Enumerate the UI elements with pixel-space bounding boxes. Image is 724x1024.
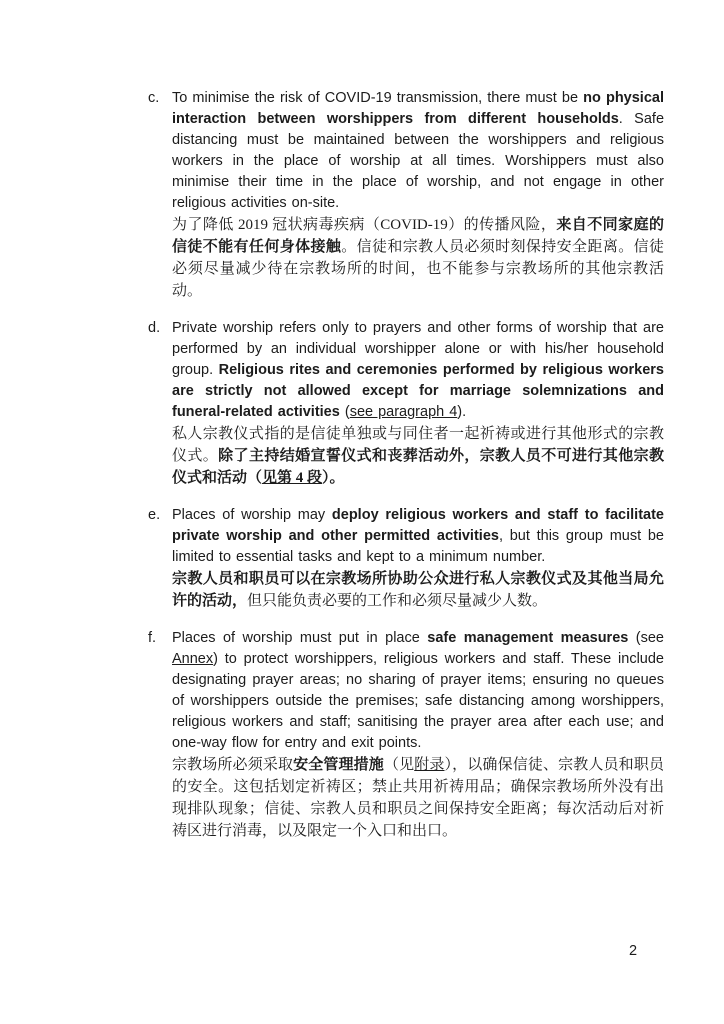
list-item-c: c. To minimise the risk of COVID-19 tran… — [148, 88, 664, 302]
text-run: 除了主持结婚宣誓仪式和丧葬活动外，宗教人员不可进行其他宗教仪式和活动 — [172, 448, 664, 486]
text-run: 为了降低 2019 冠状病毒疾病（COVID-19）的传播风险， — [172, 217, 556, 233]
chinese-text: 为了降低 2019 冠状病毒疾病（COVID-19）的传播风险，来自不同家庭的信… — [172, 214, 664, 302]
chinese-text: 宗教人员和职员可以在宗教场所协助公众进行私人宗教仪式及其他当局允许的活动，但只能… — [172, 568, 664, 612]
paragraph-body: Places of worship must put in place safe… — [172, 628, 664, 842]
list-label-c: c. — [148, 88, 172, 109]
list-label-e: e. — [148, 505, 172, 526]
cross-reference-link[interactable]: 见第 4 段 — [262, 470, 322, 486]
chinese-text: 私人宗教仪式指的是信徒单独或与同住者一起祈祷或进行其他形式的宗教仪式。除了主持结… — [172, 423, 664, 489]
list-item-e: e. Places of worship may deploy religiou… — [148, 505, 664, 612]
document-body: c. To minimise the risk of COVID-19 tran… — [148, 88, 664, 858]
list-label-f: f. — [148, 628, 172, 649]
chinese-text: 宗教场所必须采取安全管理措施（见附录），以确保信徒、宗教人员和职员的安全。这包括… — [172, 754, 664, 842]
cross-reference-link[interactable]: 附录 — [414, 757, 444, 773]
text-run: Places of worship must put in place — [172, 630, 427, 646]
document-page: { "document": { "page_number": "2", "par… — [0, 0, 724, 1024]
text-run: Places of worship may — [172, 507, 332, 523]
english-text: Places of worship must put in place safe… — [172, 628, 664, 754]
text-run: 但只能负责必要的工作和必须尽量减少人数。 — [247, 593, 547, 609]
list-label-d: d. — [148, 318, 172, 339]
text-run: ) to protect worshippers, religious work… — [172, 651, 664, 751]
list-item-f: f. Places of worship must put in place s… — [148, 628, 664, 842]
text-run: ）。 — [322, 470, 345, 486]
text-run: ). — [457, 404, 466, 420]
text-run: (see — [628, 630, 664, 646]
text-run: ( — [340, 404, 350, 420]
cross-reference-link[interactable]: see paragraph 4 — [350, 404, 458, 420]
english-text: Places of worship may deploy religious w… — [172, 505, 664, 568]
text-run: （ — [247, 470, 262, 486]
english-text: To minimise the risk of COVID-19 transmi… — [172, 88, 664, 214]
cross-reference-link[interactable]: Annex — [172, 651, 213, 667]
text-run: 宗教场所必须采取 — [172, 757, 293, 773]
page-number: 2 — [629, 941, 637, 962]
text-run: 安全管理措施 — [293, 757, 384, 773]
paragraph-body: Places of worship may deploy religious w… — [172, 505, 664, 612]
paragraph-body: Private worship refers only to prayers a… — [172, 318, 664, 489]
text-run: safe management measures — [427, 630, 628, 646]
english-text: Private worship refers only to prayers a… — [172, 318, 664, 423]
text-run: To minimise the risk of COVID-19 transmi… — [172, 90, 583, 106]
paragraph-body: To minimise the risk of COVID-19 transmi… — [172, 88, 664, 302]
list-item-d: d. Private worship refers only to prayer… — [148, 318, 664, 489]
text-run: （见 — [384, 757, 414, 773]
